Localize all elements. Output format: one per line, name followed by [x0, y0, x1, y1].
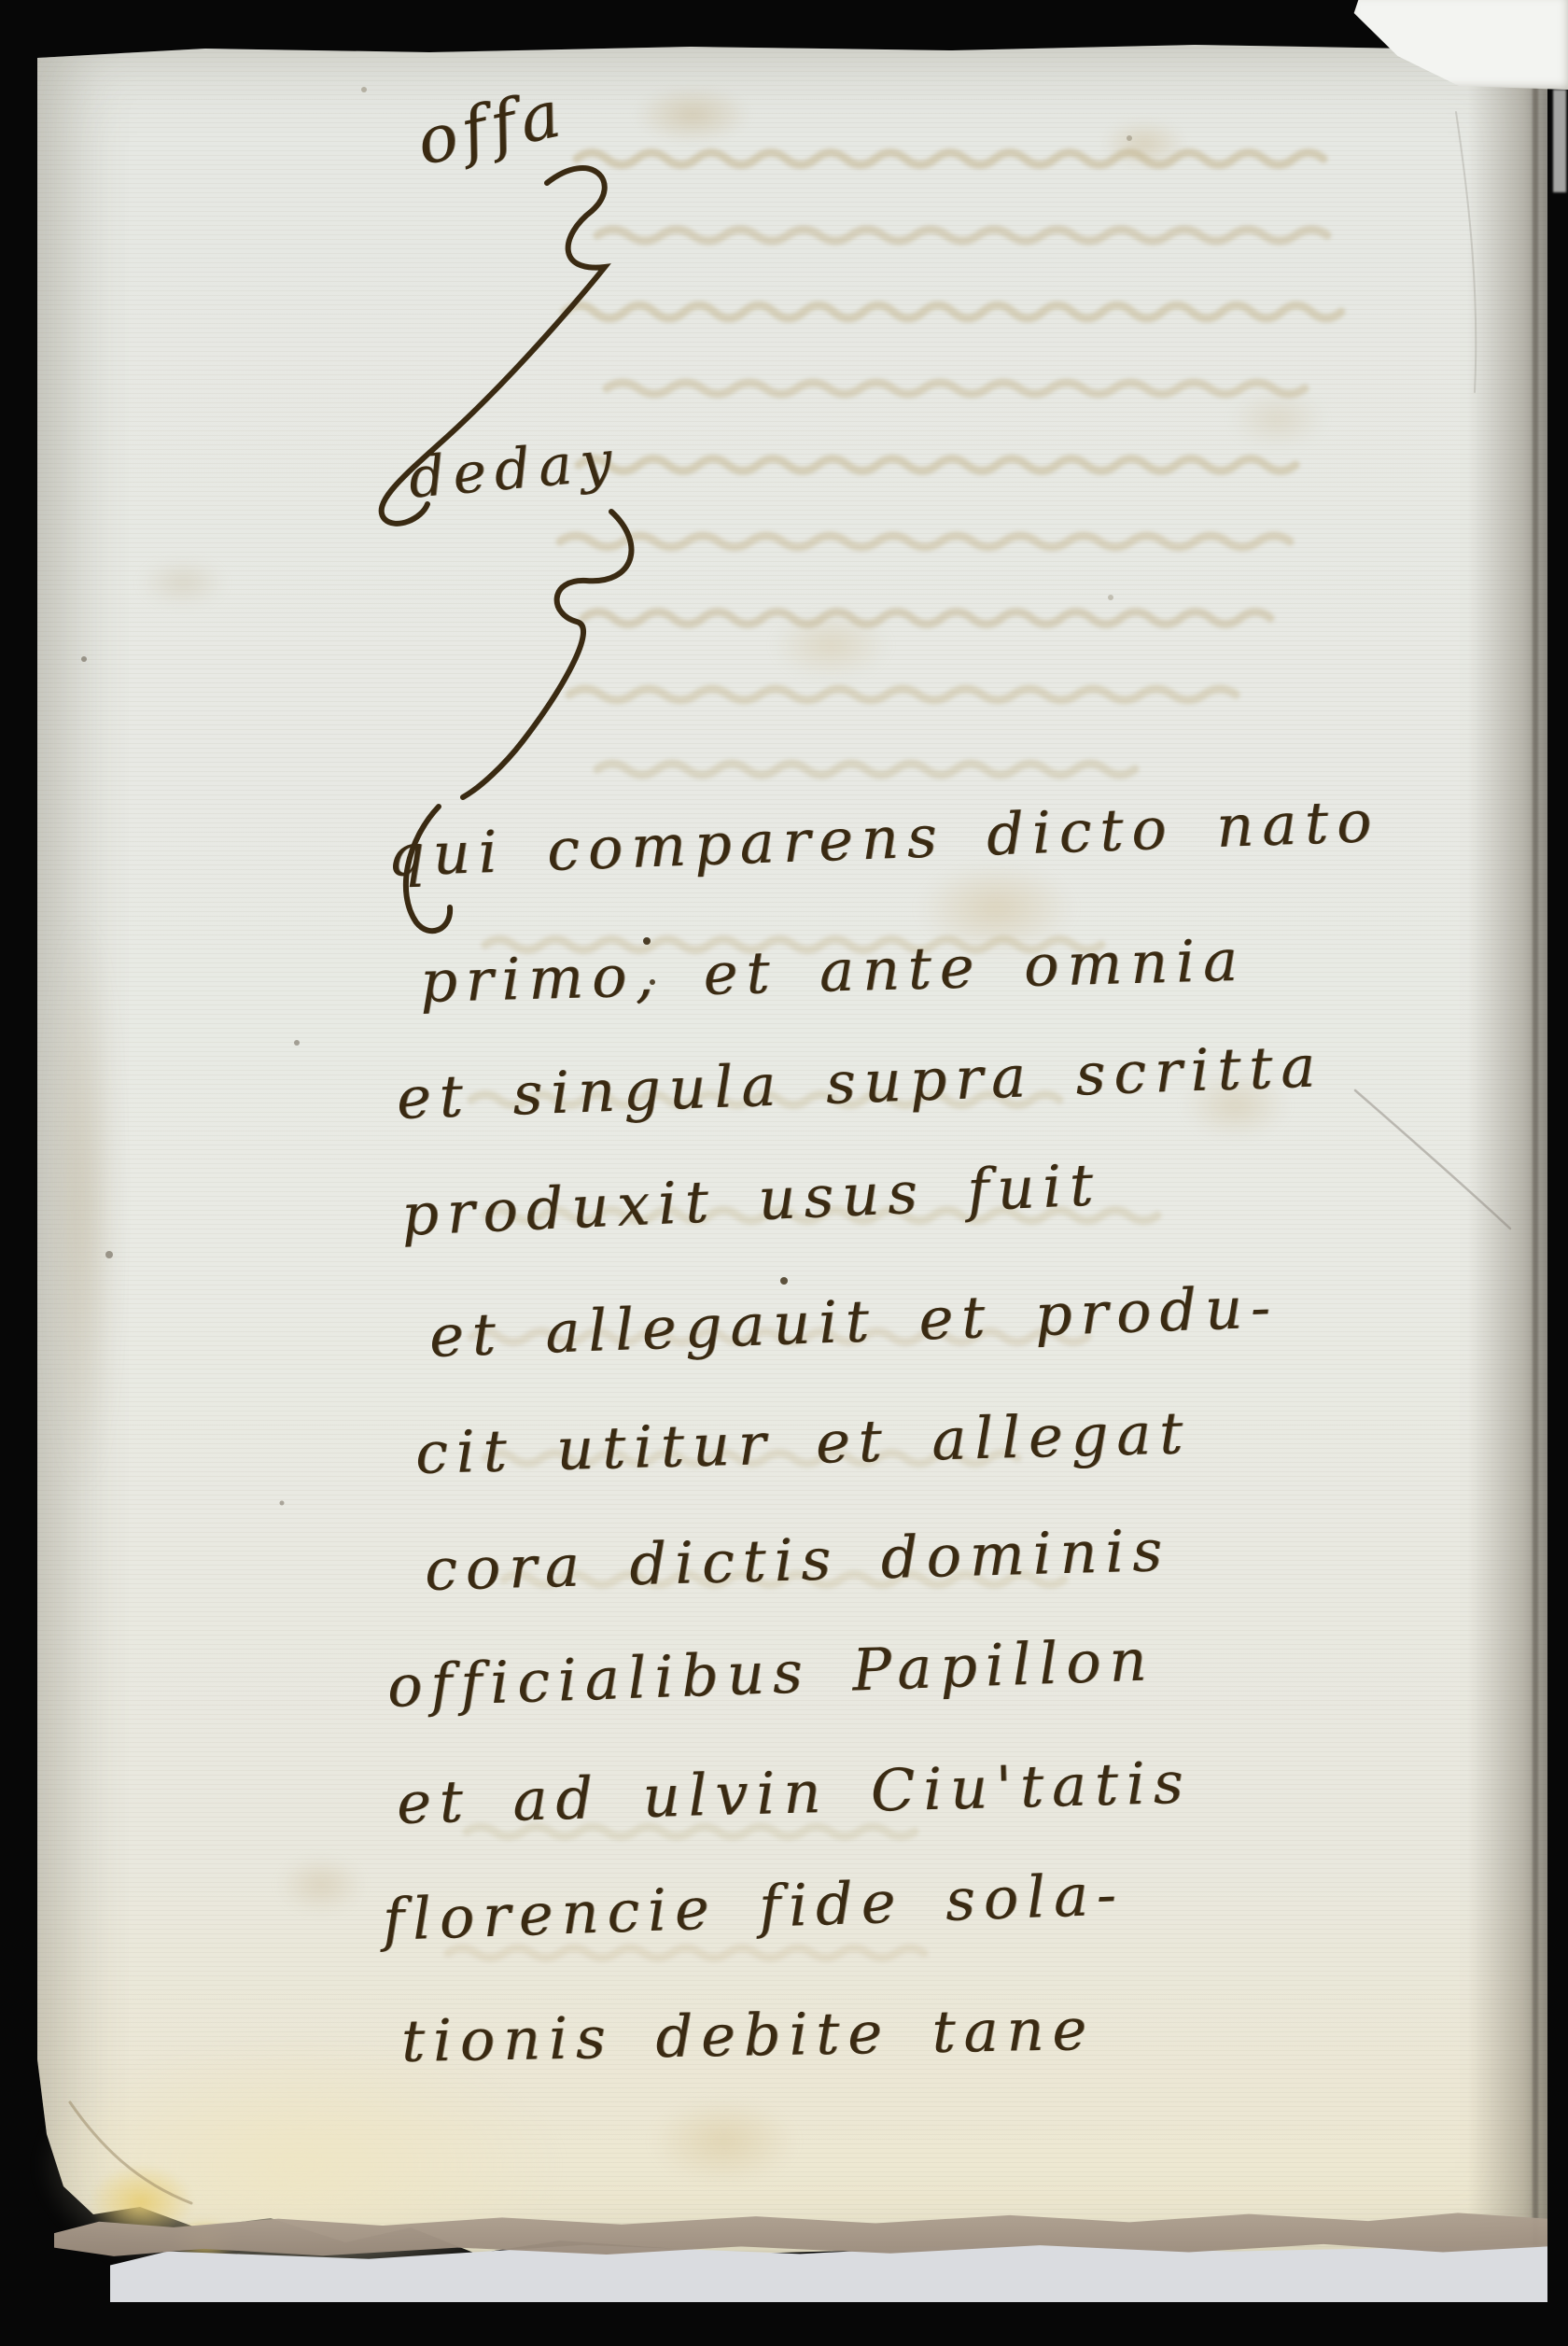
scanned-manuscript-page: offa deday qui comparens dicto nato prim…: [0, 0, 1568, 2346]
handwritten-line: tionis debite tane: [400, 1995, 1095, 2075]
flourish-deday: [463, 512, 631, 797]
